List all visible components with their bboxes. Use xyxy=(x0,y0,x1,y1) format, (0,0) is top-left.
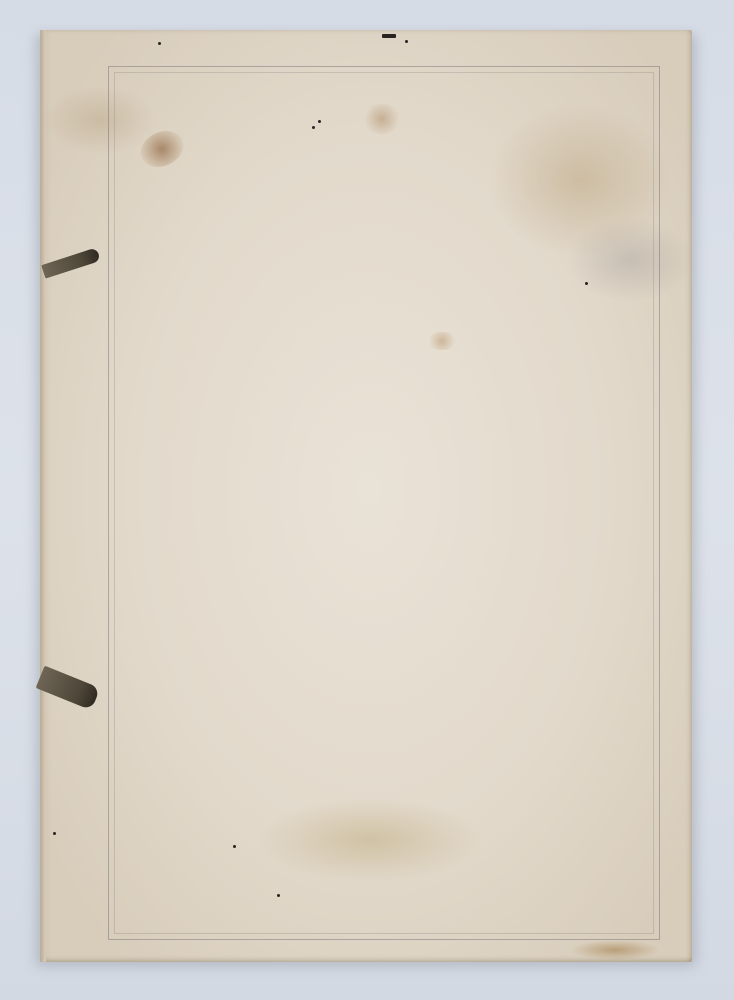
ink-speck xyxy=(585,282,588,285)
ink-speck xyxy=(405,40,408,43)
stain-center xyxy=(426,332,458,350)
spine-edge xyxy=(40,30,46,962)
stain-bottom-right xyxy=(570,940,660,960)
ink-speck xyxy=(233,845,236,848)
ink-speck xyxy=(277,894,280,897)
ink-speck xyxy=(53,832,56,835)
binding-tie-top xyxy=(41,247,100,278)
ink-speck xyxy=(312,126,315,129)
book-cover xyxy=(40,30,692,962)
ink-speck xyxy=(158,42,161,45)
ink-speck xyxy=(382,34,396,38)
pencil-ruled-border-inner xyxy=(114,72,654,934)
stain-top-center xyxy=(362,104,402,134)
ink-speck xyxy=(318,120,321,123)
